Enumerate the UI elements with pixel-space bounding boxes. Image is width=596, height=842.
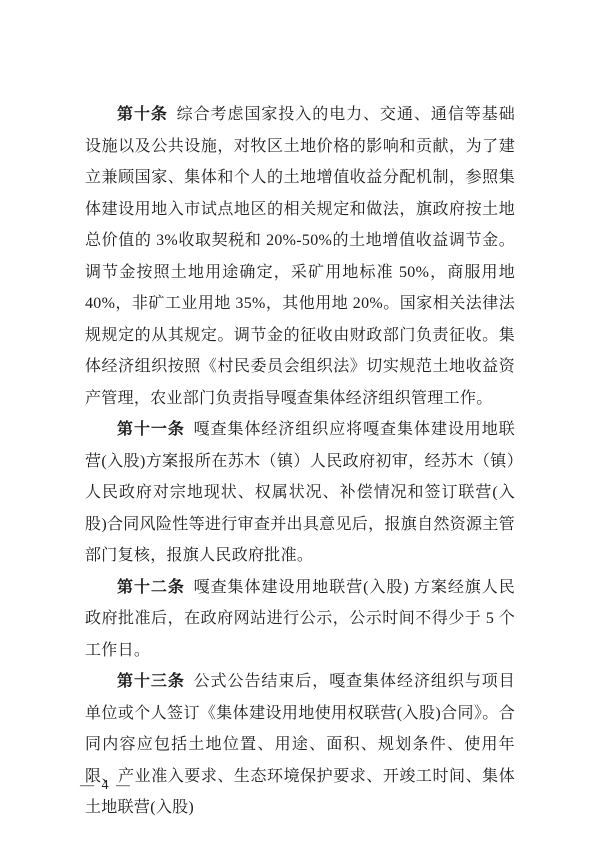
- article-text: 嘎查集体经济组织应将嘎查集体建设用地联营(入股)方案报所在苏木（镇）人民政府初审…: [85, 421, 515, 564]
- article-paragraph: 第十条综合考虑国家投入的电力、交通、通信等基础设施以及公共设施，对牧区土地价格的…: [85, 99, 515, 414]
- article-text: 综合考虑国家投入的电力、交通、通信等基础设施以及公共设施，对牧区土地价格的影响和…: [85, 106, 515, 407]
- article-paragraph: 第十三条公式公告结束后，嘎查集体经济组织与项目单位或个人签订《集体建设用地使用权…: [85, 666, 515, 824]
- article-number: 第十二条: [117, 579, 185, 596]
- article-number: 第十一条: [117, 421, 185, 438]
- article-text: 公式公告结束后，嘎查集体经济组织与项目单位或个人签订《集体建设用地使用权联营(入…: [85, 673, 515, 816]
- document-body: 第十条综合考虑国家投入的电力、交通、通信等基础设施以及公共设施，对牧区土地价格的…: [85, 99, 515, 824]
- article-paragraph: 第十二条嘎查集体建设用地联营(入股) 方案经旗人民政府批准后，在政府网站进行公示…: [85, 572, 515, 667]
- article-paragraph: 第十一条嘎查集体经济组织应将嘎查集体建设用地联营(入股)方案报所在苏木（镇）人民…: [85, 414, 515, 572]
- document-page: 第十条综合考虑国家投入的电力、交通、通信等基础设施以及公共设施，对牧区土地价格的…: [0, 0, 596, 842]
- page-number: — 4 —: [80, 778, 132, 794]
- article-number: 第十条: [117, 106, 168, 123]
- article-number: 第十三条: [117, 673, 185, 690]
